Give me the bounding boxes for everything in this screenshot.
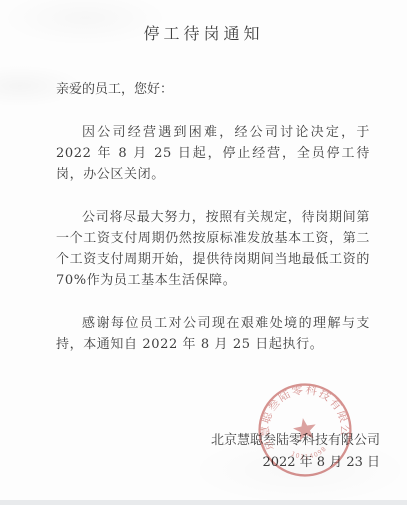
signature-date: 2022 年 8 月 23 日 — [211, 452, 380, 474]
signature-company: 北京慧聪叁陆零科技有限公司 — [211, 430, 380, 452]
paragraph-3: 感谢每位员工对公司现在艰难处境的理解与支持，本通知自 2022 年 8 月 25… — [56, 313, 370, 355]
paragraph-2: 公司将尽最大努力，按照有关规定，待岗期间第一个工资支付周期仍然按原标准发放基本工… — [56, 207, 370, 291]
document-body: 亲爱的员工，您好： 因公司经营遇到困难，经公司讨论决定，于 2022 年 8 月… — [0, 79, 407, 355]
paragraph-1: 因公司经营遇到困难，经公司讨论决定，于 2022 年 8 月 25 日起，停止经… — [56, 122, 370, 185]
notice-document-page: 停工待岗通知 亲爱的员工，您好： 因公司经营遇到困难，经公司讨论决定，于 202… — [0, 0, 407, 505]
signature-block: 北京慧聪叁陆零科技有限公司 2022 年 8 月 23 日 — [211, 430, 380, 474]
greeting-line: 亲爱的员工，您好： — [56, 79, 370, 100]
scan-edge-strip — [0, 500, 407, 505]
document-title: 停工待岗通知 — [0, 21, 407, 44]
